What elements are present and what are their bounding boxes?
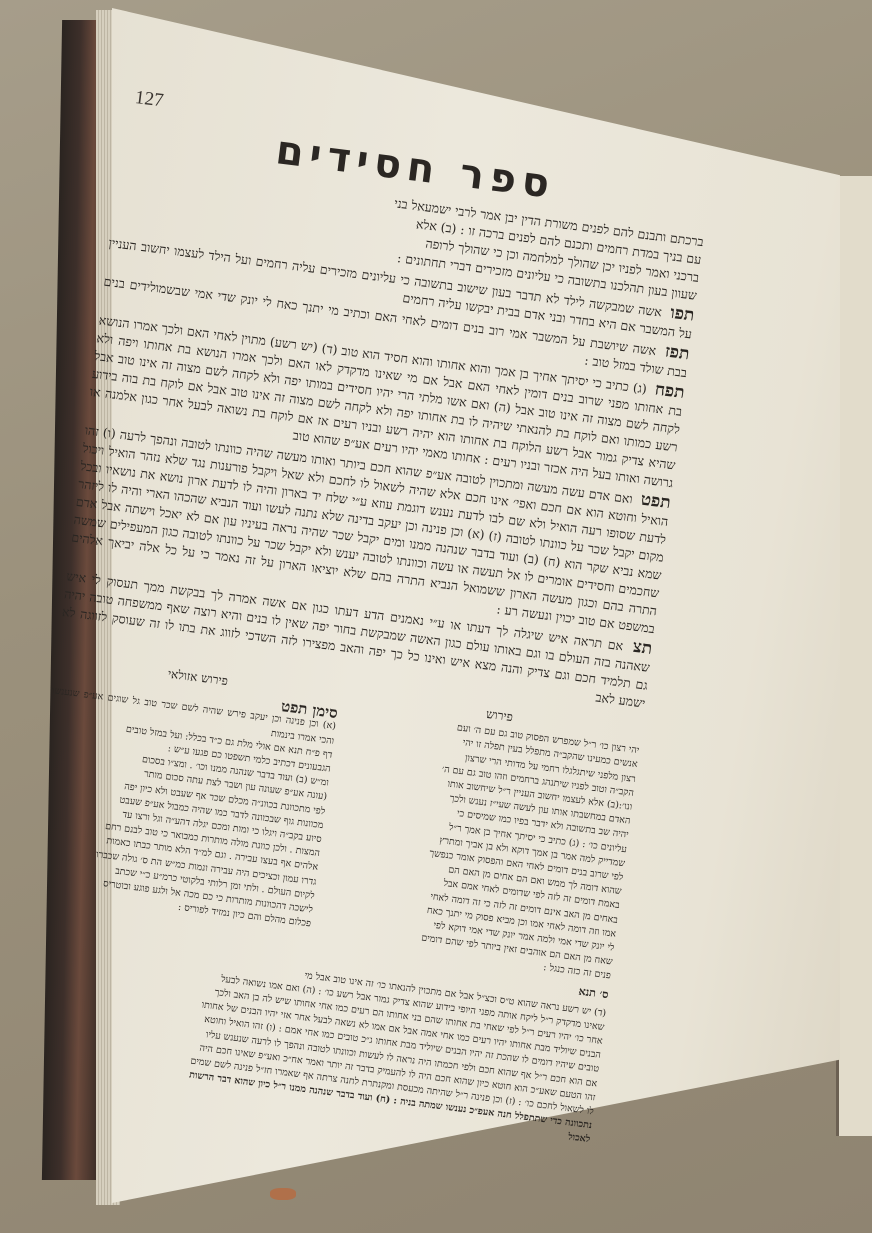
commentary-right: פירוש יהי רצון כו׳ ר״ל שמפרש הפסוק טוב ג…	[326, 691, 642, 984]
ribbon-bookmark	[270, 1188, 296, 1200]
page-number: 127	[134, 87, 165, 112]
siman-number: תפח	[654, 379, 686, 403]
siman-number: תפט	[640, 490, 672, 514]
siman-number: תצ	[632, 637, 654, 659]
siman-number: תפו	[669, 303, 695, 326]
facing-page-edge	[836, 176, 872, 1136]
siman-number: תפז	[664, 341, 691, 364]
page-content: 127 ספר חסידים ברכתם ותבנם להם לפנים משו…	[4, 90, 714, 1148]
commentary-left: פירוש אזולאי סימן תפט (א) וכן פנינה וכן …	[24, 653, 340, 946]
